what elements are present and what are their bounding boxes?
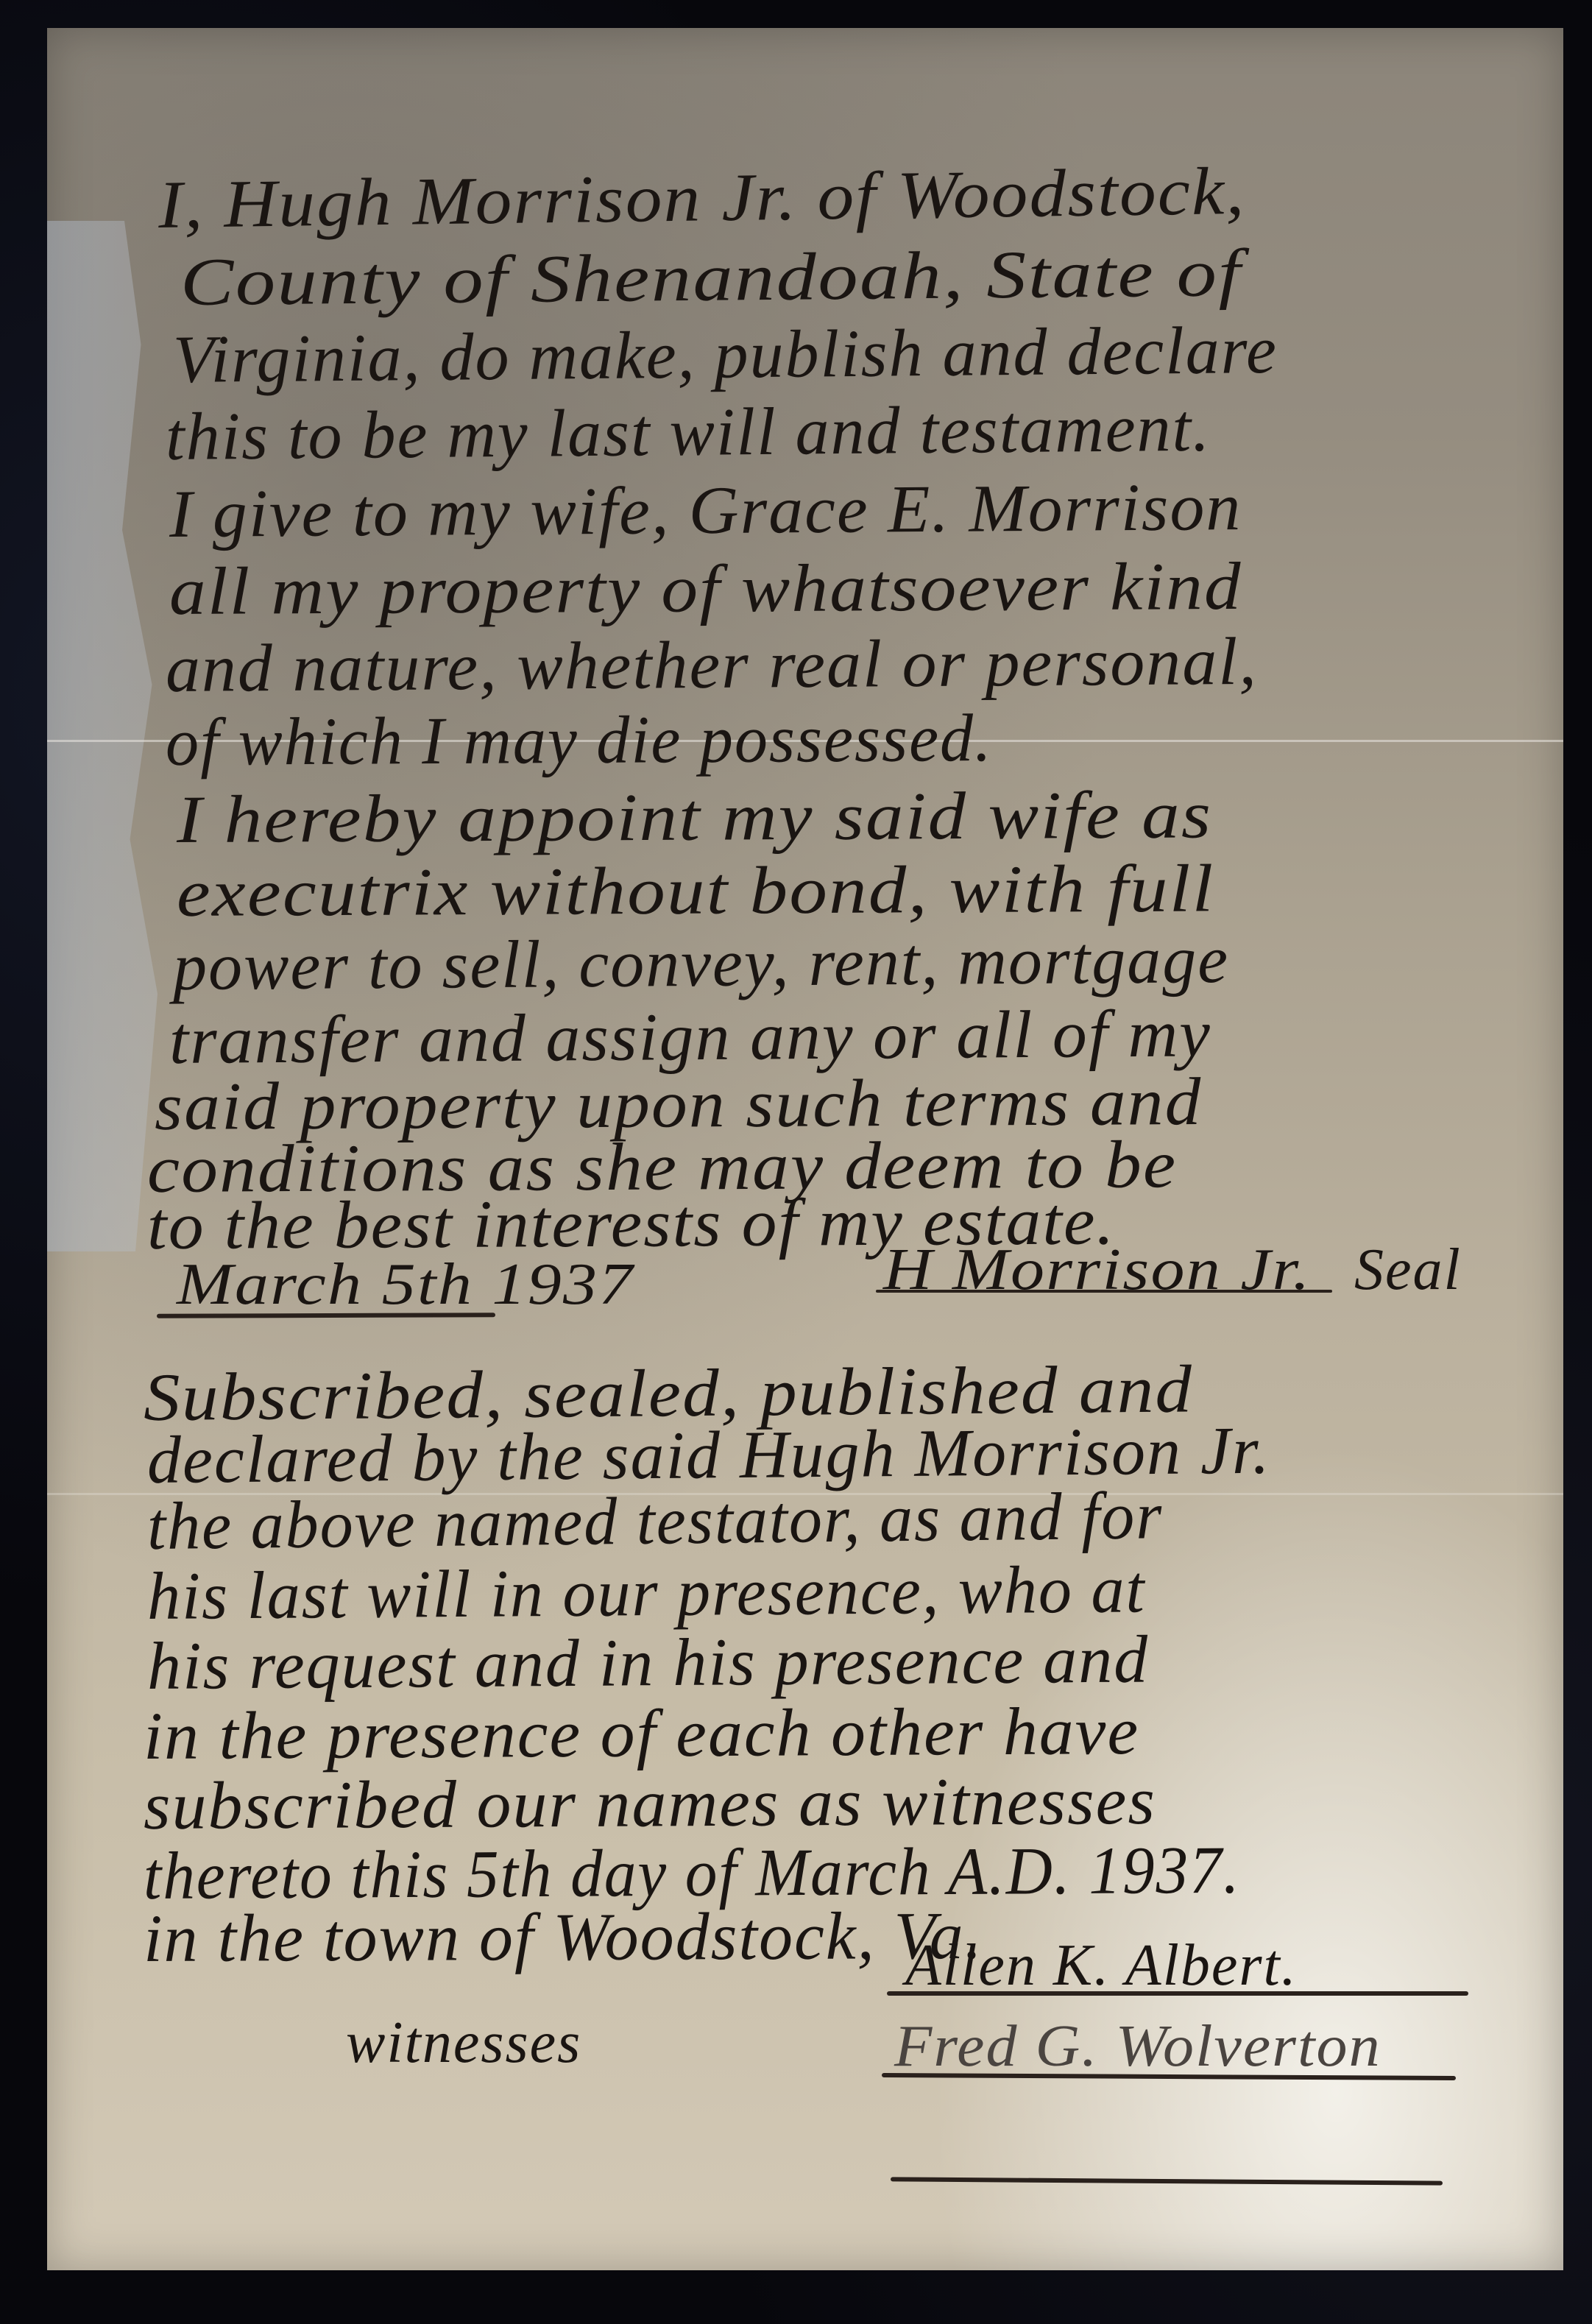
witnesses-label: witnesses [346,2010,581,2077]
will-line: I give to my wife, Grace E. Morrison [169,467,1242,553]
will-date: March 5th 1937 [177,1251,634,1318]
will-line: executrix without bond, with full [177,849,1215,932]
will-line: I hereby appoint my said wife as [177,775,1213,858]
will-line: Virginia, do make, publish and declare [173,311,1278,398]
will-line: all my property of whatsoever kind [169,547,1242,630]
will-line: County of Shenandoah, State of [180,233,1242,321]
will-line: this to be my last will and testament. [166,389,1211,476]
will-line: and nature, whether real or personal, [166,622,1259,707]
signature-underline [876,1290,1332,1293]
will-line: I, Hugh Morrison Jr. of Woodstock, [158,152,1246,244]
witness-signature-1: Allen K. Albert. [905,1932,1298,1999]
seal-label: Seal [1354,1237,1462,1304]
witness-signature-2: Fred G. Wolverton [894,2013,1381,2080]
will-line: of which I may die possessed. [166,699,993,781]
witness-line-1 [887,1991,1468,1996]
attestation-line: in the town of Woodstock, Va. [144,1896,983,1977]
testator-signature: H Morrison Jr. [883,1237,1312,1304]
will-line: power to sell, convey, rent, mortgage [173,920,1230,1006]
